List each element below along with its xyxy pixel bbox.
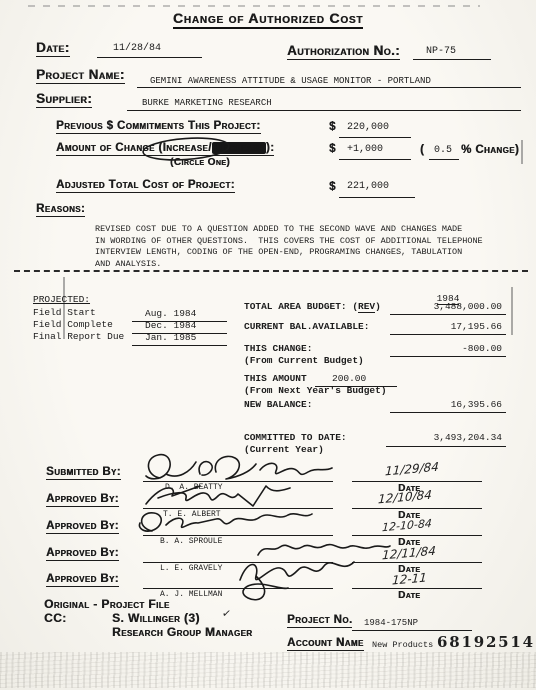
approved-name-3: L. E. GRAVELY bbox=[160, 564, 222, 573]
rev-close: ) bbox=[375, 301, 381, 312]
authorization-no-label: Authorization No.: bbox=[287, 43, 400, 60]
project-name-blank-line bbox=[137, 87, 521, 88]
reasons-line: IN WORDING OF OTHER QUESTIONS. THIS COVE… bbox=[95, 236, 483, 248]
rev-text: REV bbox=[358, 301, 375, 313]
submitted-date-line bbox=[352, 481, 482, 482]
approved-date-handwritten-1: 12/10/84 bbox=[378, 488, 432, 507]
reasons-line: AND ANALYSIS. bbox=[95, 259, 483, 271]
this-amount-value: 200.00 bbox=[332, 373, 366, 384]
signature-mellman bbox=[230, 550, 375, 606]
approved-by-label-3: Approved By: bbox=[46, 547, 119, 561]
cc-checkmark: ✓ bbox=[221, 606, 232, 620]
project-name-value: GEMINI AWARENESS ATTITUDE & USAGE MONITO… bbox=[150, 76, 431, 86]
percent-open-paren: ( bbox=[420, 144, 424, 156]
supplier-value: BURKE MARKETING RESEARCH bbox=[142, 98, 272, 108]
page-title: Change of Authorized Cost bbox=[173, 10, 363, 29]
dashed-separator bbox=[14, 270, 528, 272]
account-name-value: New Products bbox=[372, 640, 433, 650]
signature-sproule bbox=[132, 507, 322, 541]
project-no-value: 1984-175NP bbox=[364, 618, 418, 628]
this-change-value: -800.00 bbox=[390, 343, 502, 354]
committed-label: COMMITTED TO DATE: bbox=[244, 432, 347, 443]
this-change-line bbox=[390, 356, 506, 357]
committed-line bbox=[386, 446, 506, 447]
change-amount-line bbox=[339, 159, 411, 160]
cc-name: S. Willinger (3) bbox=[112, 611, 200, 625]
final-report-label: Final Report Due bbox=[33, 331, 124, 342]
approved-date-line-2 bbox=[352, 535, 482, 536]
approved-by-label-2: Approved By: bbox=[46, 520, 119, 534]
approved-date-line-1 bbox=[352, 508, 482, 509]
total-area-budget-line bbox=[390, 314, 506, 315]
this-amount-sub: (From Next Year's Budget) bbox=[244, 385, 387, 396]
percent-blank-line bbox=[429, 159, 459, 160]
scan-artifact-right-line2 bbox=[521, 140, 523, 164]
current-balance-value: 17,195.66 bbox=[390, 321, 502, 332]
final-report-value: Jan. 1985 bbox=[145, 332, 196, 343]
projected-label: PROJECTED: bbox=[33, 294, 90, 305]
project-name-label: Project Name: bbox=[36, 67, 125, 84]
current-balance-label: CURRENT BAL.AVAILABLE: bbox=[244, 321, 369, 332]
previous-amount-value: 220,000 bbox=[347, 122, 389, 133]
authorization-blank-line bbox=[413, 59, 491, 60]
total-area-budget-value: 3,488,000.00 bbox=[390, 301, 502, 312]
scan-artifact-noise-band bbox=[0, 652, 536, 688]
adjusted-amount-value: 221,000 bbox=[347, 181, 389, 192]
new-balance-line bbox=[390, 412, 506, 413]
percent-value: 0.5 bbox=[434, 145, 452, 156]
percent-change-label: % Change) bbox=[461, 144, 519, 156]
change-currency-symbol: $ bbox=[329, 143, 336, 155]
reasons-paragraph: REVISED COST DUE TO A QUESTION ADDED TO … bbox=[95, 224, 483, 270]
new-balance-value: 16,395.66 bbox=[390, 399, 502, 410]
this-change-sub: (From Current Budget) bbox=[244, 355, 364, 366]
approved-date-handwritten-2: 12-10-84 bbox=[382, 517, 432, 534]
adjusted-currency-symbol: $ bbox=[329, 181, 336, 193]
cc-title: Research Group Manager bbox=[112, 625, 252, 639]
approved-by-label-1: Approved By: bbox=[46, 493, 119, 507]
field-start-value: Aug. 1984 bbox=[145, 308, 196, 319]
previous-currency-symbol: $ bbox=[329, 121, 336, 133]
scan-artifact-topline bbox=[28, 5, 480, 7]
final-report-line bbox=[132, 345, 227, 346]
document-stamp-number: 681925147 bbox=[437, 633, 536, 651]
scanned-form-page: Change of Authorized Cost Date: 11/28/84… bbox=[0, 0, 536, 690]
total-area-budget-label: TOTAL AREA BUDGET: (REV) bbox=[244, 301, 381, 312]
form-title-row: Change of Authorized Cost bbox=[0, 10, 536, 28]
adjusted-amount-line bbox=[339, 197, 415, 198]
cc-label: CC: bbox=[44, 611, 67, 625]
account-name-label: Account Name bbox=[287, 637, 364, 651]
submitted-date-handwritten: 11/29/84 bbox=[385, 460, 439, 479]
scan-artifact-right-line bbox=[511, 287, 513, 335]
submitted-by-label: Submitted By: bbox=[46, 466, 121, 480]
project-no-label: Project No. bbox=[287, 614, 352, 628]
field-complete-value: Dec. 1984 bbox=[145, 320, 196, 331]
supplier-blank-line bbox=[127, 110, 521, 111]
field-start-label: Field Start bbox=[33, 307, 96, 318]
change-label-suffix: ): bbox=[266, 142, 274, 154]
new-balance-label: NEW BALANCE: bbox=[244, 399, 312, 410]
approved-by-label-4: Approved By: bbox=[46, 573, 119, 587]
previous-amount-line bbox=[339, 137, 411, 138]
approved-date-label-4: Date bbox=[398, 590, 420, 601]
circle-one-note: (Circle One) bbox=[170, 157, 230, 168]
date-label: Date: bbox=[36, 40, 70, 57]
authorization-no-value: NP-75 bbox=[426, 46, 456, 57]
approved-date-handwritten-4: 12-11 bbox=[392, 570, 427, 587]
previous-commitments-label: Previous $ Commitments This Project: bbox=[56, 120, 261, 134]
date-blank-line bbox=[97, 57, 202, 58]
supplier-label: Supplier: bbox=[36, 91, 92, 108]
current-balance-line bbox=[390, 334, 506, 335]
reasons-line: REVISED COST DUE TO A QUESTION ADDED TO … bbox=[95, 224, 483, 236]
project-no-line bbox=[352, 630, 472, 631]
change-amount-value: +1,000 bbox=[347, 144, 383, 155]
reasons-line: INTERVIEW LENGTH, CODING OF THE OPEN-END… bbox=[95, 247, 483, 259]
date-value: 11/28/84 bbox=[113, 43, 161, 54]
adjusted-total-label: Adjusted Total Cost of Project: bbox=[56, 179, 235, 193]
original-distribution-note: Original - Project File bbox=[44, 597, 170, 611]
total-label-text: TOTAL AREA BUDGET: bbox=[244, 301, 347, 312]
field-complete-label: Field Complete bbox=[33, 319, 113, 330]
this-change-label: THIS CHANGE: bbox=[244, 343, 312, 354]
committed-value: 3,493,204.34 bbox=[386, 432, 502, 443]
reasons-label: Reasons: bbox=[36, 203, 85, 217]
this-amount-label: THIS AMOUNT bbox=[244, 373, 307, 384]
